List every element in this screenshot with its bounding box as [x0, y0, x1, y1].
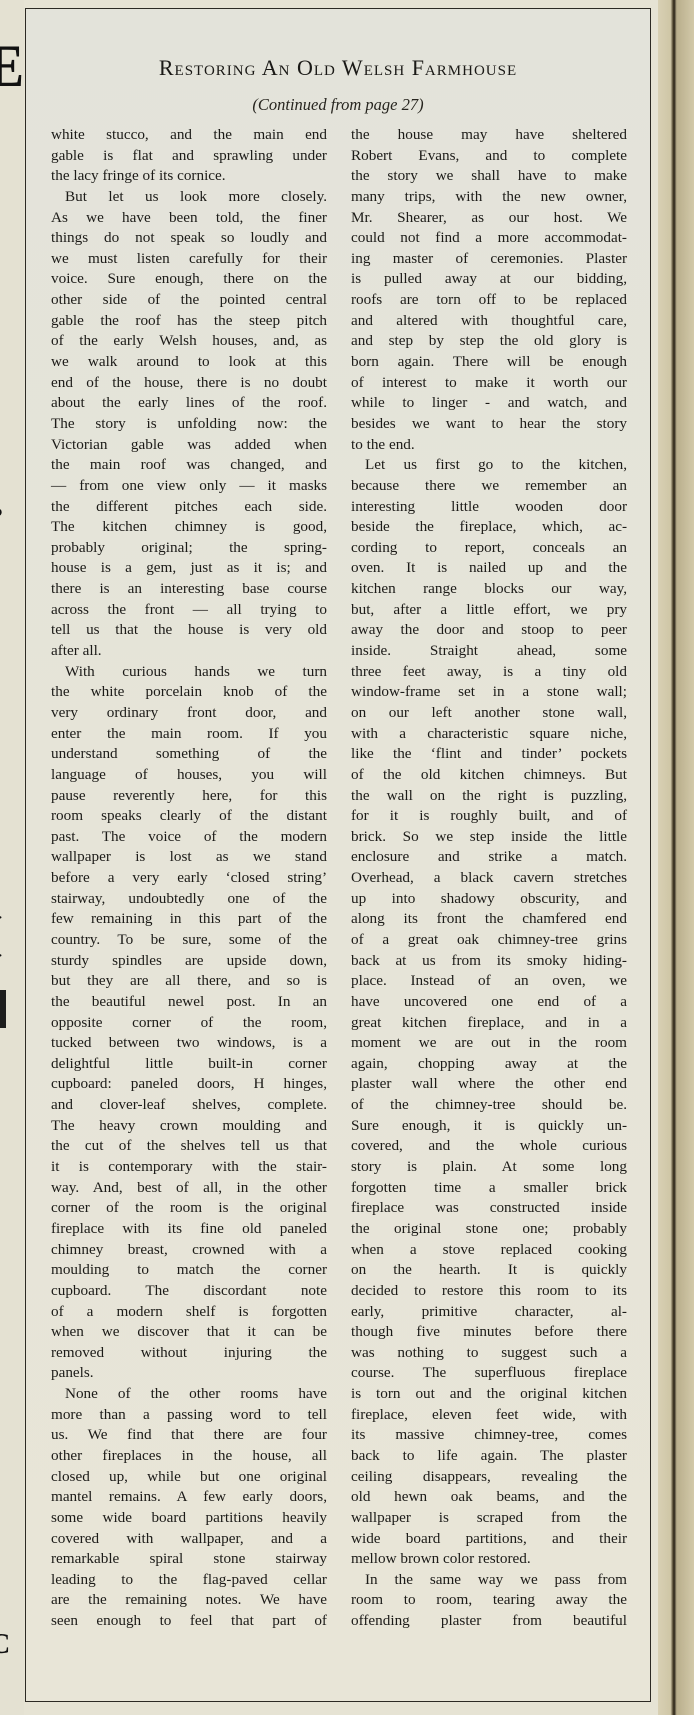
text-line: moulding to match the corner: [51, 1260, 327, 1281]
text-line: mantel remains. A few early doors,: [51, 1487, 327, 1508]
text-line: removed without injuring the: [51, 1343, 327, 1364]
text-line: us. We find that there are four: [51, 1425, 327, 1446]
text-line: ing master of ceremonies. Plaster: [351, 249, 627, 270]
text-line: the lacy fringe of its cornice.: [51, 166, 327, 187]
text-line: was nothing to suggest such a: [351, 1343, 627, 1364]
text-line: things do not speak so loudly and: [51, 228, 327, 249]
text-line: are the remaining notes. We have: [51, 1590, 327, 1611]
text-line: and step by step the old glory is: [351, 331, 627, 352]
text-line: ceiling disappears, revealing the: [351, 1467, 627, 1488]
text-line: we walk around to look at this: [51, 352, 327, 373]
text-line: is pulled away at our bidding,: [351, 269, 627, 290]
text-line: old hewn oak beams, and the: [351, 1487, 627, 1508]
text-line: of the chimney-tree should be.: [351, 1095, 627, 1116]
text-line: the cut of the shelves tell us that: [51, 1136, 327, 1157]
text-line: great kitchen fireplace, and in a: [351, 1013, 627, 1034]
text-line: wide board partitions, and their: [351, 1529, 627, 1550]
text-line: the house may have sheltered: [351, 125, 627, 146]
text-line: country. To be sure, some of the: [51, 930, 327, 951]
text-line: But let us look more closely.: [51, 187, 327, 208]
text-line: its massive chimney-tree, comes: [351, 1425, 627, 1446]
text-line: and altered with thoughtful care,: [351, 311, 627, 332]
text-line: In the same way we pass from: [351, 1570, 627, 1591]
text-line: but, after a little effort, we pry: [351, 600, 627, 621]
text-line: interesting little wooden door: [351, 497, 627, 518]
text-line: the white porcelain knob of the: [51, 682, 327, 703]
bleed-dot: ·: [0, 950, 3, 964]
text-line: besides we want to hear the story: [351, 414, 627, 435]
text-line: Victorian gable was added when: [51, 435, 327, 456]
text-line: of the early Welsh houses, and, as: [51, 331, 327, 352]
text-line: while to linger - and watch, and: [351, 393, 627, 414]
bleed-letter-question: ?: [0, 505, 3, 527]
text-line: wallpaper is scraped from the: [351, 1508, 627, 1529]
text-line: other side of the pointed central: [51, 290, 327, 311]
text-line: of a modern shelf is forgotten: [51, 1302, 327, 1323]
text-line: away the door and stoop to peer: [351, 620, 627, 641]
text-line: beside the fireplace, which, ac-: [351, 517, 627, 538]
text-line: the different pitches each side.: [51, 497, 327, 518]
text-line: With curious hands we turn: [51, 662, 327, 683]
text-line: the wall on the right is puzzling,: [351, 786, 627, 807]
text-line: the original stone one; probably: [351, 1219, 627, 1240]
text-line: past. The voice of the modern: [51, 827, 327, 848]
text-line: for it is roughly built, and of: [351, 806, 627, 827]
text-line: across the front — all trying to: [51, 600, 327, 621]
text-line: covered, and the whole curious: [351, 1136, 627, 1157]
text-line: leading to the flag-paved cellar: [51, 1570, 327, 1591]
text-line: back to life again. The plaster: [351, 1446, 627, 1467]
text-line: on the hearth. It is quickly: [351, 1260, 627, 1281]
text-line: of a great oak chimney-tree grins: [351, 930, 627, 951]
text-line: though five minutes before there: [351, 1322, 627, 1343]
article-page: Restoring An Old Welsh Farmhouse (Contin…: [25, 8, 651, 1702]
text-line: window-frame set in a stone wall;: [351, 682, 627, 703]
text-line: seen enough to feel that part of: [51, 1611, 327, 1632]
text-line: Sure enough, it is quickly un-: [351, 1116, 627, 1137]
text-line: it is contemporary with the stair-: [51, 1157, 327, 1178]
text-line: after all.: [51, 641, 327, 662]
text-line: very ordinary front door, and: [51, 703, 327, 724]
text-line: Mr. Shearer, as our host. We: [351, 208, 627, 229]
page-gutter: [658, 0, 694, 1715]
text-line: decided to restore this room to its: [351, 1281, 627, 1302]
text-line: end of the house, there is no doubt: [51, 373, 327, 394]
text-line: and clover-leaf shelves, complete.: [51, 1095, 327, 1116]
text-line: None of the other rooms have: [51, 1384, 327, 1405]
bleed-bar: [0, 990, 6, 1028]
text-line: stairway, undoubtedly one of the: [51, 889, 327, 910]
text-line: many trips, with the new owner,: [351, 187, 627, 208]
text-line: covered with wallpaper, and a: [51, 1529, 327, 1550]
text-line: oven. It is nailed up and the: [351, 558, 627, 579]
text-line: cording to report, conceals an: [351, 538, 627, 559]
text-line: The kitchen chimney is good,: [51, 517, 327, 538]
text-line: on our left another stone wall,: [351, 703, 627, 724]
text-line: inside. Straight ahead, some: [351, 641, 627, 662]
text-line: voice. Sure enough, there on the: [51, 269, 327, 290]
text-line: language of houses, you will: [51, 765, 327, 786]
text-line: more than a passing word to tell: [51, 1405, 327, 1426]
text-line: enter the main room. If you: [51, 724, 327, 745]
text-line: way. And, best of all, in the other: [51, 1178, 327, 1199]
text-line: fireplace with its fine old paneled: [51, 1219, 327, 1240]
text-line: — from one view only — it masks: [51, 476, 327, 497]
text-line: Robert Evans, and to complete: [351, 146, 627, 167]
text-line: story is plain. At some long: [351, 1157, 627, 1178]
text-line: fireplace was constructed inside: [351, 1198, 627, 1219]
text-line: room speaks clearly of the distant: [51, 806, 327, 827]
text-line: fireplace, eleven feet wide, with: [351, 1405, 627, 1426]
text-line: Let us first go to the kitchen,: [351, 455, 627, 476]
text-line: offending plaster from beautiful: [351, 1611, 627, 1632]
text-line: probably original; the spring-: [51, 538, 327, 559]
text-line: with a characteristic square niche,: [351, 724, 627, 745]
text-line: corner of the room is the original: [51, 1198, 327, 1219]
text-line: chimney breast, crowned with a: [51, 1240, 327, 1261]
text-line: the beautiful newel post. In an: [51, 992, 327, 1013]
text-line: closed up, while but one original: [51, 1467, 327, 1488]
text-line: The story is unfolding now: the: [51, 414, 327, 435]
text-line: up into shadowy obscurity, and: [351, 889, 627, 910]
text-line: understand something of the: [51, 744, 327, 765]
text-line: few remaining in this part of the: [51, 909, 327, 930]
text-line: place. Instead of an oven, we: [351, 971, 627, 992]
text-line: brick. So we step inside the little: [351, 827, 627, 848]
text-line: gable the roof has the steep pitch: [51, 311, 327, 332]
text-line: of the old kitchen chimneys. But: [351, 765, 627, 786]
text-line: born again. There will be enough: [351, 352, 627, 373]
text-line: when a stove replaced cooking: [351, 1240, 627, 1261]
text-line: sturdy spindles are upside down,: [51, 951, 327, 972]
text-line: The heavy crown moulding and: [51, 1116, 327, 1137]
text-line: to the end.: [351, 435, 627, 456]
text-line: pause reverently here, for this: [51, 786, 327, 807]
text-line: early, primitive character, al-: [351, 1302, 627, 1323]
text-line: about the early lines of the roof.: [51, 393, 327, 414]
text-line: room to room, tearing away the: [351, 1590, 627, 1611]
text-line: is torn out and the original kitchen: [351, 1384, 627, 1405]
text-line: enclosure and strike a match.: [351, 847, 627, 868]
text-line: the main roof was changed, and: [51, 455, 327, 476]
text-line: again, chopping away at the: [351, 1054, 627, 1075]
text-line: like the ‘flint and tinder’ pockets: [351, 744, 627, 765]
text-line: before a very early ‘closed string’: [51, 868, 327, 889]
text-line: cupboard: paneled doors, H hinges,: [51, 1074, 327, 1095]
text-line: tucked between two windows, is a: [51, 1033, 327, 1054]
left-page-bleed: E ? · · C: [0, 0, 24, 1715]
text-line: moment we are out in the room: [351, 1033, 627, 1054]
text-line: when we discover that it can be: [51, 1322, 327, 1343]
article-title: Restoring An Old Welsh Farmhouse: [26, 55, 650, 81]
article-column-right: the house may have shelteredRobert Evans…: [351, 125, 627, 1632]
text-line: house is a gem, just as it is; and: [51, 558, 327, 579]
bleed-letter-c: C: [0, 1631, 10, 1659]
text-line: gable is flat and sprawling under: [51, 146, 327, 167]
text-line: As we have been told, the finer: [51, 208, 327, 229]
text-line: there is an interesting base course: [51, 579, 327, 600]
text-line: but they are all there, and so is: [51, 971, 327, 992]
text-line: tell us that the house is very old: [51, 620, 327, 641]
text-line: back at us from its smoky hiding-: [351, 951, 627, 972]
text-line: panels.: [51, 1363, 327, 1384]
text-line: we must listen carefully for their: [51, 249, 327, 270]
text-line: course. The superfluous fireplace: [351, 1363, 627, 1384]
text-line: delightful little built-in corner: [51, 1054, 327, 1075]
text-line: other fireplaces in the house, all: [51, 1446, 327, 1467]
text-line: forgotten time a smaller brick: [351, 1178, 627, 1199]
text-line: Overhead, a black cavern stretches: [351, 868, 627, 889]
text-line: along its front the chamfered end: [351, 909, 627, 930]
text-line: of interest to make it worth our: [351, 373, 627, 394]
text-line: plaster wall where the other end: [351, 1074, 627, 1095]
text-line: roofs are torn off to be replaced: [351, 290, 627, 311]
text-line: three feet away, is a tiny old: [351, 662, 627, 683]
bleed-dot: ·: [0, 912, 3, 926]
text-line: kitchen range blocks our way,: [351, 579, 627, 600]
article-subtitle: (Continued from page 27): [26, 95, 650, 115]
text-line: have uncovered one end of a: [351, 992, 627, 1013]
article-column-left: white stucco, and the main endgable is f…: [51, 125, 327, 1632]
text-line: opposite corner of the room,: [51, 1013, 327, 1034]
text-line: wallpaper is lost as we stand: [51, 847, 327, 868]
text-line: remarkable spiral stone stairway: [51, 1549, 327, 1570]
text-line: some wide board partitions heavily: [51, 1508, 327, 1529]
text-line: cupboard. The discordant note: [51, 1281, 327, 1302]
text-line: white stucco, and the main end: [51, 125, 327, 146]
text-line: mellow brown color restored.: [351, 1549, 627, 1570]
text-line: because there we remember an: [351, 476, 627, 497]
bleed-letter-e: E: [0, 36, 24, 96]
text-line: the story we shall have to make: [351, 166, 627, 187]
text-line: could not find a more accommodat-: [351, 228, 627, 249]
